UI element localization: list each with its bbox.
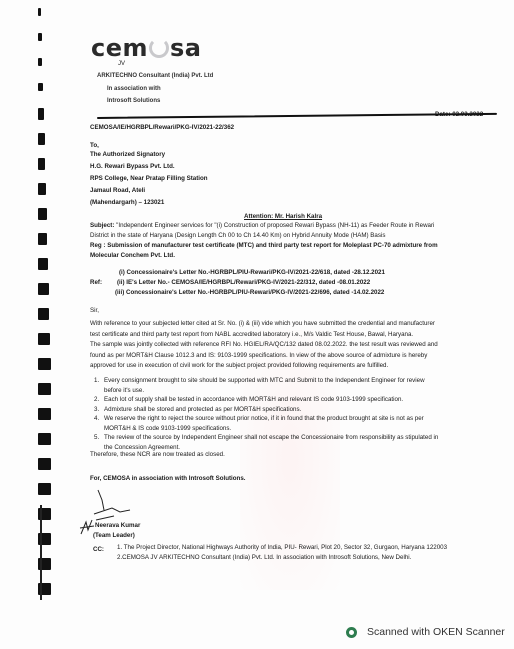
- oken-scanner-logo-icon: [346, 627, 360, 638]
- binding-ring: [38, 258, 48, 270]
- binding-ring: [38, 308, 49, 320]
- sign-off: For, CEMOSA in association with Introsof…: [90, 476, 246, 482]
- binding-ring: [38, 233, 47, 245]
- cc-label: CC:: [93, 547, 104, 553]
- association-partner: Introsoft Solutions: [107, 98, 160, 104]
- salutation: Sir,: [90, 308, 99, 314]
- reference-item: (i) Concessionaire's Letter No.-HGRBPL/P…: [119, 270, 385, 276]
- binding-ring: [38, 483, 51, 495]
- requirement-number: 3.: [94, 407, 99, 413]
- closing-note: Therefore, these NCR are now treated as …: [90, 452, 225, 458]
- address-line: Jamaul Road, Ateli: [90, 188, 145, 194]
- binding-ring: [38, 8, 41, 16]
- scanner-watermark: Scanned with OKEN Scanner: [346, 626, 505, 638]
- subject-line-1: Subject: "Independent Engineer services …: [90, 223, 434, 229]
- scanned-page: cemsa JV ARKITECHNO Consultant (India) P…: [0, 0, 514, 649]
- binding-ring: [38, 458, 51, 470]
- subject-text-1: "Independent Engineer services for "(i) …: [116, 222, 434, 229]
- watermark-label: Scanned with OKEN Scanner: [367, 626, 505, 638]
- reg-line: Reg : Submission of manufacturer test ce…: [90, 243, 438, 249]
- binding-ring: [38, 183, 46, 195]
- requirement-text: The review of the source by Independent …: [104, 435, 438, 441]
- binding-ring: [38, 283, 49, 295]
- to-label: To,: [90, 143, 99, 149]
- body-line: test certificate and third party test re…: [90, 332, 413, 338]
- signatory-title: (Team Leader): [93, 533, 135, 539]
- association-label: In association with: [107, 86, 161, 92]
- signatory-name: Neerava Kumar: [95, 523, 140, 529]
- requirement-text: Every consignment brought to site should…: [104, 378, 425, 384]
- partner-name: ARKITECHNO Consultant (India) Pvt. Ltd: [97, 73, 213, 79]
- subject-label: Subject:: [90, 222, 114, 229]
- letter-date: Date: 02.03.2022: [435, 112, 483, 118]
- body-line: approved for use in execution of civil w…: [90, 363, 388, 369]
- cc-item: 1. The Project Director, National Highwa…: [117, 545, 447, 551]
- binding-ring: [38, 108, 44, 120]
- requirement-text: MORT&H & IS code 9103-1999 specification…: [104, 426, 231, 432]
- reference-number: CEMOSA/IE/HGRBPL/Rewari/PKG-IV/2021-22/3…: [90, 125, 234, 131]
- binding-spine: [40, 505, 42, 600]
- logo-text-right: sa: [170, 34, 201, 62]
- requirement-text: Each lot of supply shall be tested in ac…: [104, 397, 403, 403]
- signature-icon: [92, 488, 132, 526]
- requirement-number: 4.: [94, 416, 99, 422]
- body-line: found as per MORT&H Clause 1012.3 and IS…: [90, 353, 427, 359]
- requirement-text: We reserve the right to reject the sourc…: [104, 416, 424, 422]
- requirement-text: the Concession Agreement.: [104, 445, 180, 451]
- logo-ring-icon: [149, 38, 169, 58]
- requirement-number: 1.: [94, 378, 99, 384]
- binding-ring: [38, 433, 51, 445]
- reference-item: (iii) Concessionaire's Letter No.-HGRBPL…: [115, 290, 384, 296]
- requirement-text: before it's use.: [104, 388, 144, 394]
- subject-line-2: District in the state of Haryana (Design…: [90, 233, 385, 239]
- requirement-number: 5.: [94, 435, 99, 441]
- address-line: RPS College, Near Pratap Filling Station: [90, 176, 208, 182]
- ref-label: Ref:: [90, 280, 102, 286]
- binding-ring: [38, 158, 45, 170]
- binding-ring: [38, 208, 47, 220]
- reference-item: (ii) IE's Letter No.- CEMOSA/IE/HGRBPL/R…: [117, 280, 370, 286]
- binding-ring: [38, 408, 51, 420]
- logo-text-left: cem: [91, 34, 148, 62]
- jv-label: JV: [118, 61, 125, 67]
- cemosa-logo: cemsa: [91, 34, 202, 62]
- binding-ring: [38, 33, 42, 41]
- body-line: The sample was jointly collected with re…: [90, 342, 438, 348]
- binding-ring: [38, 58, 42, 66]
- address-line: H.G. Rewari Bypass Pvt. Ltd.: [90, 164, 175, 170]
- binding-ring: [38, 83, 43, 91]
- binding-ring: [38, 333, 50, 345]
- address-line: The Authorized Signatory: [90, 152, 165, 158]
- address-line: (Mahendargarh) – 123021: [90, 200, 164, 206]
- requirement-text: Admixture shall be stored and protected …: [104, 407, 301, 413]
- body-line: With reference to your subjected letter …: [90, 321, 435, 327]
- binding-ring: [38, 358, 51, 370]
- reg-line-2: Molecular Conchem Pvt. Ltd.: [90, 253, 175, 259]
- attention-line: Attention: Mr. Harish Kalra: [244, 214, 322, 220]
- cc-item: 2.CEMOSA JV ARKITECHNO Consultant (India…: [117, 555, 411, 561]
- binding-ring: [38, 133, 45, 145]
- binding-ring: [38, 383, 51, 395]
- requirement-number: 2.: [94, 397, 99, 403]
